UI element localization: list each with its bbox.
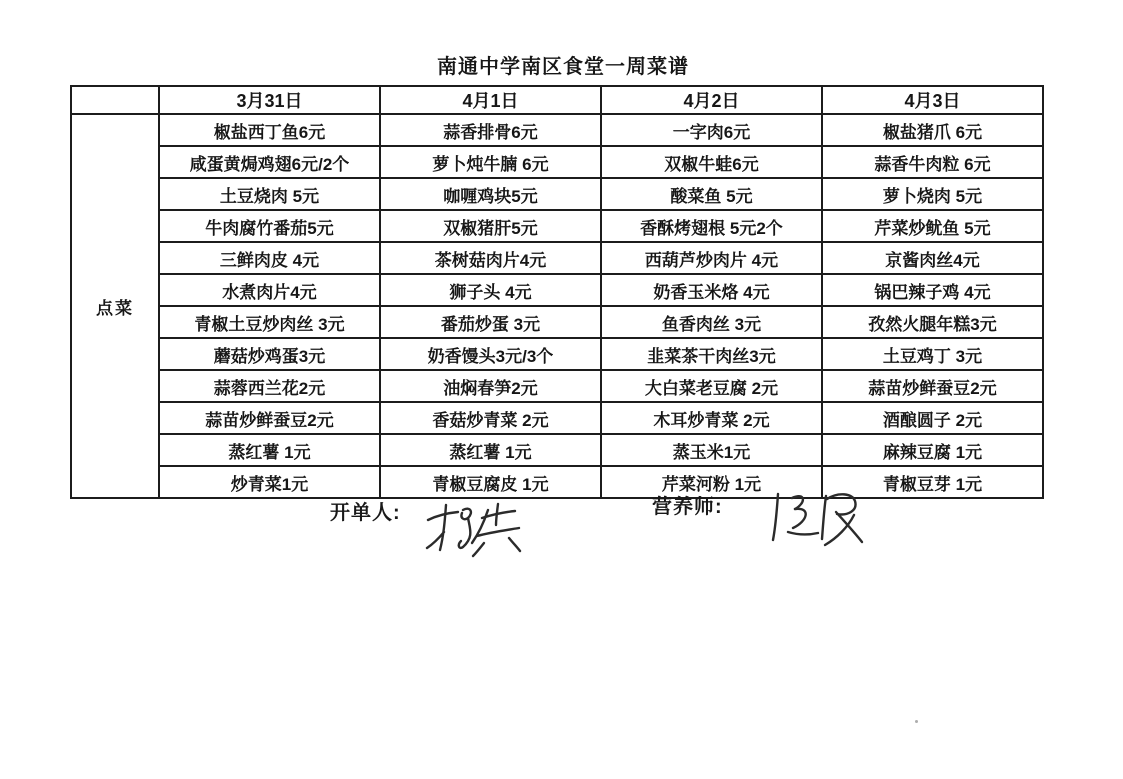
menu-cell: 双椒牛蛙6元 [601, 146, 822, 178]
menu-cell: 酒酿圆子 2元 [822, 402, 1043, 434]
menu-cell: 孜然火腿年糕3元 [822, 306, 1043, 338]
menu-cell: 西葫芦炒肉片 4元 [601, 242, 822, 274]
menu-cell: 蘑菇炒鸡蛋3元 [159, 338, 380, 370]
menu-cell: 香菇炒青菜 2元 [380, 402, 601, 434]
table-row: 蒜蓉西兰花2元 油焖春笋2元 大白菜老豆腐 2元 蒜苗炒鲜蚕豆2元 [71, 370, 1043, 402]
table-row: 点菜 椒盐西丁鱼6元 蒜香排骨6元 一字肉6元 椒盐猪爪 6元 [71, 114, 1043, 146]
menu-cell: 咖喱鸡块5元 [380, 178, 601, 210]
nutritionist-signature-handwriting [766, 488, 864, 548]
menu-cell: 蒜苗炒鲜蚕豆2元 [822, 370, 1043, 402]
menu-cell: 韭菜茶干肉丝3元 [601, 338, 822, 370]
menu-cell: 蒸红薯 1元 [380, 434, 601, 466]
menu-cell: 京酱肉丝4元 [822, 242, 1043, 274]
menu-cell: 狮子头 4元 [380, 274, 601, 306]
issuer-label: 开单人: [330, 496, 401, 525]
menu-cell: 奶香馒头3元/3个 [380, 338, 601, 370]
date-header: 4月2日 [601, 86, 822, 114]
table-row: 水煮肉片4元 狮子头 4元 奶香玉米烙 4元 锅巴辣子鸡 4元 [71, 274, 1043, 306]
date-header: 3月31日 [159, 86, 380, 114]
menu-table: 3月31日 4月1日 4月2日 4月3日 点菜 椒盐西丁鱼6元 蒜香排骨6元 一… [70, 85, 1044, 499]
corner-cell [71, 86, 159, 114]
scan-speck [915, 720, 918, 723]
table-row: 咸蛋黄焗鸡翅6元/2个 萝卜炖牛腩 6元 双椒牛蛙6元 蒜香牛肉粒 6元 [71, 146, 1043, 178]
menu-cell: 椒盐猪爪 6元 [822, 114, 1043, 146]
menu-cell: 萝卜炖牛腩 6元 [380, 146, 601, 178]
menu-cell: 鱼香肉丝 3元 [601, 306, 822, 338]
menu-cell: 青椒土豆炒肉丝 3元 [159, 306, 380, 338]
menu-cell: 蒜香排骨6元 [380, 114, 601, 146]
menu-cell: 土豆鸡丁 3元 [822, 338, 1043, 370]
menu-cell: 三鲜肉皮 4元 [159, 242, 380, 274]
menu-cell: 炒青菜1元 [159, 466, 380, 498]
menu-cell: 咸蛋黄焗鸡翅6元/2个 [159, 146, 380, 178]
menu-cell: 土豆烧肉 5元 [159, 178, 380, 210]
menu-cell: 大白菜老豆腐 2元 [601, 370, 822, 402]
menu-cell: 椒盐西丁鱼6元 [159, 114, 380, 146]
menu-cell: 奶香玉米烙 4元 [601, 274, 822, 306]
menu-cell: 番茄炒蛋 3元 [380, 306, 601, 338]
table-row: 炒青菜1元 青椒豆腐皮 1元 芹菜河粉 1元 青椒豆芽 1元 [71, 466, 1043, 498]
menu-cell: 青椒豆腐皮 1元 [380, 466, 601, 498]
date-header: 4月1日 [380, 86, 601, 114]
page-title: 南通中学南区食堂一周菜谱 [437, 50, 689, 79]
menu-cell: 麻辣豆腐 1元 [822, 434, 1043, 466]
table-row: 蒸红薯 1元 蒸红薯 1元 蒸玉米1元 麻辣豆腐 1元 [71, 434, 1043, 466]
menu-cell: 酸菜鱼 5元 [601, 178, 822, 210]
menu-cell: 蒜苗炒鲜蚕豆2元 [159, 402, 380, 434]
issuer-signature-handwriting [422, 500, 522, 562]
menu-cell: 茶树菇肉片4元 [380, 242, 601, 274]
menu-cell: 水煮肉片4元 [159, 274, 380, 306]
scanned-menu-document: 南通中学南区食堂一周菜谱 3月31日 4月1日 4月2日 4月3日 点菜 椒盐西… [0, 0, 1123, 779]
menu-cell: 蒸玉米1元 [601, 434, 822, 466]
table-row: 三鲜肉皮 4元 茶树菇肉片4元 西葫芦炒肉片 4元 京酱肉丝4元 [71, 242, 1043, 274]
menu-cell: 芹菜炒鱿鱼 5元 [822, 210, 1043, 242]
menu-cell: 锅巴辣子鸡 4元 [822, 274, 1043, 306]
table-row: 青椒土豆炒肉丝 3元 番茄炒蛋 3元 鱼香肉丝 3元 孜然火腿年糕3元 [71, 306, 1043, 338]
menu-cell: 香酥烤翅根 5元2个 [601, 210, 822, 242]
row-group-label: 点菜 [71, 114, 159, 498]
menu-cell: 双椒猪肝5元 [380, 210, 601, 242]
table-row: 蒜苗炒鲜蚕豆2元 香菇炒青菜 2元 木耳炒青菜 2元 酒酿圆子 2元 [71, 402, 1043, 434]
nutritionist-label: 营养师: [652, 490, 723, 519]
menu-cell: 油焖春笋2元 [380, 370, 601, 402]
menu-cell: 蒸红薯 1元 [159, 434, 380, 466]
menu-cell: 木耳炒青菜 2元 [601, 402, 822, 434]
table-row: 牛肉腐竹番茄5元 双椒猪肝5元 香酥烤翅根 5元2个 芹菜炒鱿鱼 5元 [71, 210, 1043, 242]
menu-cell: 蒜香牛肉粒 6元 [822, 146, 1043, 178]
date-header: 4月3日 [822, 86, 1043, 114]
menu-cell: 蒜蓉西兰花2元 [159, 370, 380, 402]
table-row: 土豆烧肉 5元 咖喱鸡块5元 酸菜鱼 5元 萝卜烧肉 5元 [71, 178, 1043, 210]
menu-cell: 一字肉6元 [601, 114, 822, 146]
menu-cell: 萝卜烧肉 5元 [822, 178, 1043, 210]
header-row: 3月31日 4月1日 4月2日 4月3日 [71, 86, 1043, 114]
table-row: 蘑菇炒鸡蛋3元 奶香馒头3元/3个 韭菜茶干肉丝3元 土豆鸡丁 3元 [71, 338, 1043, 370]
menu-cell: 牛肉腐竹番茄5元 [159, 210, 380, 242]
